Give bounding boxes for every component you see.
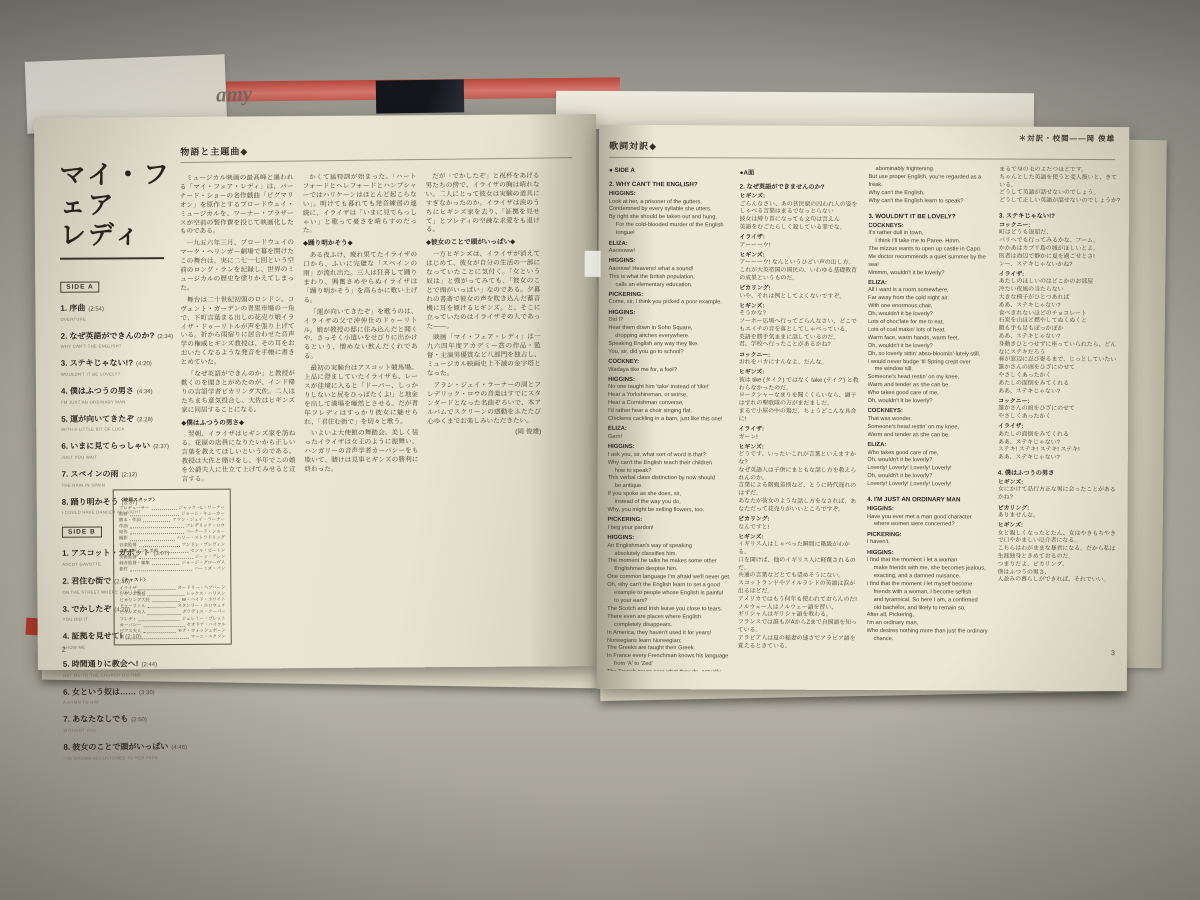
lyric-line: Aaooow! Heavens! what a sound!: [609, 266, 733, 274]
lyric-line: I ask you, sir, what sort of word is tha…: [608, 452, 732, 460]
lyric-line: イギリス人はしゃべった瞬間に階級がわかる。: [738, 542, 860, 558]
track-time: (2:34): [157, 334, 173, 340]
lyric-line: 彼は tike (タイク) ではなく take (テイク) と教わらなかったのだ…: [739, 377, 861, 393]
credit-leader: [126, 638, 188, 639]
track-title: 3. ステキじゃない!?: [61, 359, 133, 369]
credit-leader: [152, 564, 180, 565]
lyric-line: これが大英帝国の国民の、いわゆる基礎教育の成果というものだ。: [739, 268, 861, 284]
track-time: (3:30): [139, 690, 155, 696]
story-paragraph: 「運が向いてきたぞ」を歌うのは、イライザの父で沖仲仕のドゥーリトル。娘が教授の邸…: [303, 308, 417, 362]
booklet-page-left: 物語と主題曲◆ マイ・フェア レディ SIDE A 1. 序曲(2:54)OVE…: [34, 114, 600, 670]
jacket-photo-strip: [376, 79, 464, 113]
lyric-line: For the cold-blooded murder of the Engli…: [609, 222, 733, 238]
lyric-line: Oh, wouldn't it be loverly?: [868, 343, 992, 351]
story-paragraph: ミュージカル映画の最高峰と謳われる「マイ・フェア・レディ」は、バーナード・ショー…: [179, 174, 293, 237]
lyrics-column: ●A面2. なぜ英語ができませんのか?ヒギンズ:ごらんなさい、あの貧民窟の囚われ…: [738, 165, 862, 672]
album-title-line1: マイ・フェア: [59, 159, 177, 220]
lyric-line: ヨークシャーなまりを聞くくらいなら、調子はずれの聖歌隊の方がまだましだ。: [739, 393, 861, 409]
left-page-section-header: 物語と主題曲◆: [180, 144, 248, 157]
story-paragraph: ◆彼女のことで頭がいっぱい◆: [426, 239, 540, 249]
lyric-line: chance.: [866, 636, 990, 644]
side-a-badge: SIDE A: [60, 282, 100, 293]
track-item: 5. 運が向いてきたぞ(2:28)WITH A LITTLE BIT OF LU…: [61, 408, 179, 432]
lyric-line: Why can't the English teach their childr…: [608, 459, 732, 467]
track-item: 3. ステキじゃない!?(4:20)WOULDN'T IT BE LOVELY?: [61, 352, 179, 376]
lyric-line: スコットランドやアイルランドの英語は涙が出るほどだ。: [738, 581, 860, 597]
track-time: (2:44): [141, 662, 157, 668]
lyric-line: ああ、ステキじゃない?: [999, 302, 1121, 310]
lyric-line: There even are places where English: [607, 614, 731, 622]
photo-scene: amy 物語と主題曲◆ マイ・フェア レディ SIDE A 1. 序曲(2:54…: [0, 0, 1200, 900]
lyric-line: where women were concerned?: [867, 521, 991, 529]
story-paragraph: 映画「マイ・フェア・レディ」は一九六四年度アカデミー賞の作品・監督・主演男優賞な…: [427, 334, 541, 379]
track-subtitle-en: WOULDN'T IT BE LOVELY?: [61, 371, 179, 377]
story-paragraph: 一方ヒギンズは、イライザが消えてはじめて、彼女が自分の生活の一部になっていたこと…: [426, 251, 541, 332]
story-text-columns: ミュージカル映画の最高峰と謳われる「マイ・フェア・レディ」は、バーナード・ショー…: [179, 172, 542, 657]
track-title: 7. あなたなしでも: [63, 715, 128, 724]
lyric-line: The French never care what they do, actu…: [607, 669, 731, 671]
lyric-line: 英語をむごたらしく殺している罪でな。: [739, 224, 861, 232]
story-paragraph: ◆僕はふつうの男さ◆: [181, 419, 295, 429]
lyric-line: ああ、ステキじゃない?: [999, 334, 1121, 342]
lyric-line: calls an elementary education.: [609, 281, 733, 289]
credit-leader: [148, 607, 176, 608]
lyric-line: Why can't the English learn to speak?: [868, 198, 992, 206]
header-rule: [180, 157, 572, 163]
story-paragraph: (岡 俊雄): [427, 429, 541, 439]
lyric-line: ああ、ステキじゃない?: [998, 455, 1120, 463]
lyric-line: あなたが彼女のような話し方をなされば、あなただって花売りがいいところですぞ。: [738, 499, 860, 515]
track-item: 7. あなたなしでも(2:50)WITHOUT YOU: [63, 708, 181, 732]
sleeve-logo: amy: [216, 81, 253, 107]
side-marker: ●A面: [740, 167, 862, 177]
song-title: 2. WHY CAN'T THE ENGLISH?: [609, 181, 733, 189]
story-paragraph: アラン・ジェイ・ラーナーの詞とフレデリック・ロウの音楽はすでにスタンダードとなっ…: [427, 381, 541, 426]
lyric-line: ソーホー広場へ行ってごらんなさい、どこでもエイチの音を落としてしゃべっている。: [739, 319, 861, 335]
track-title: 1. 序曲: [60, 304, 85, 313]
credit-role: 振付: [119, 566, 128, 572]
story-paragraph: かくて猛特訓が始まった。「ハートフォードとヘレフォードとハンプシャーではハリケー…: [302, 173, 416, 236]
lyric-line: But use proper English, you're regarded …: [868, 174, 992, 190]
lyric-line: I beg your pardon!: [607, 525, 731, 533]
lyric-line: Wadaya tike me for, a fool?: [608, 367, 732, 375]
track-subtitle-en: GET ME TO THE CHURCH ON TIME: [63, 672, 181, 678]
tape-mark: [585, 251, 601, 277]
lyric-line: 人並みの暮らしができれば、それでいい。: [997, 577, 1119, 585]
lyric-line: Loverly! Loverly! Loverly! Loverly!: [867, 481, 991, 489]
lyric-line: That was wonder.: [867, 416, 991, 424]
track-time: (2:50): [131, 718, 147, 724]
track-item: 8. 彼女のことで頭がいっぱい(4:46)I'VE GROWN ACCUSTOM…: [63, 736, 181, 760]
album-title-line2: レディ: [60, 219, 178, 250]
track-title: 6. 女という奴は……: [63, 687, 136, 697]
story-paragraph: 一九五六年三月、ブロードウェイのマーク・ヘリンガー劇場で幕を開けたこの舞台は、実…: [180, 240, 294, 294]
track-time: (4:20): [136, 362, 152, 368]
lyric-line: ガーン!: [739, 434, 861, 442]
track-time: (2:37): [153, 444, 169, 450]
lyric-line: ちゃんとした英語を使うと変人扱いと、きている。: [999, 174, 1121, 190]
lyric-line: いや、それは例としてよくないですぞ。: [739, 293, 861, 301]
story-paragraph: 最初の実験台はアスコット競馬場。上品に澄ましていたイライザも、レースが佳境に入る…: [304, 364, 418, 427]
credit-leader: [151, 509, 176, 510]
track-title: 8. 踊り明かそう: [62, 497, 119, 506]
header-rule: [609, 157, 1115, 160]
lyric-line: In America, they haven't used it for yea…: [607, 630, 731, 638]
lyric-line: completely disappears.: [607, 622, 731, 630]
song-title: 4. 僕はふつうの男さ: [998, 470, 1120, 478]
lyric-line: フランスでは誰もがAからZまで自国語を知っている。: [738, 620, 860, 636]
track-title: 2. なぜ英語ができんのか?: [61, 331, 155, 341]
story-column: だが「でかしたぞ」と祝杯をあげる男たちの傍で、イライザの胸は晴れない。二人にとっ…: [425, 172, 542, 655]
track-subtitle-en: WITHOUT YOU: [63, 727, 181, 733]
track-subtitle-en: OVERTURE: [60, 315, 178, 321]
lyrics-column: abominably frightening.But use proper En…: [866, 166, 992, 673]
track-item: 2. なぜ英語ができんのか?(2:34)WHY CAN'T THE ENGLIS…: [61, 325, 179, 349]
story-paragraph: ◆踊り明かそう◆: [303, 240, 417, 250]
track-subtitle-en: I'M JUST AN ORDINARY MAN: [61, 399, 179, 405]
lyric-line: どうです、いったいこれが言葉といえますかな?: [738, 452, 860, 468]
page-number-right: 3: [1111, 650, 1115, 657]
lyric-line: Aaoooww!: [609, 248, 733, 256]
lyric-line: まるで身の毛のよだつほどです。: [999, 167, 1121, 175]
track-title: 8. 彼女のことで頭がいっぱい: [63, 742, 168, 752]
lyric-line: どうして正しい英語が話せないのでしょうか?: [999, 198, 1121, 206]
lyric-line: Why can't the English,: [868, 190, 992, 198]
track-title: 5. 時間通りに教会へ!: [63, 659, 139, 669]
track-subtitle-en: THE RAIN IN SPAIN: [62, 482, 180, 488]
lyric-line: アメリカではもう何年も使われておらんのだ!: [738, 596, 860, 604]
side-a-tracklist: 1. 序曲(2:54)OVERTURE2. なぜ英語ができんのか?(2:34)W…: [60, 297, 180, 515]
lyric-line: 言葉による階級差別など、とうに時代遅れのはずだ。: [738, 483, 860, 499]
track-title: 3. でかしたぞ: [62, 604, 111, 613]
lyric-line: friends with a woman, I become selfish: [867, 589, 991, 597]
lyric-line: 医者は海辺で静かに夏を過ごせとさ!: [999, 253, 1121, 261]
lyric-line: まるで小屋の中の鶏だ、ちょうどこんな具合に!: [739, 409, 861, 425]
lyrics-column: ● SIDE A2. WHY CAN'T THE ENGLISH?HIGGINS…: [607, 165, 733, 672]
track-title: 7. スペインの雨: [62, 470, 119, 479]
lyric-line: Oh, so loverly sittin' abso-bloomin'-lut…: [868, 351, 992, 359]
album-title: マイ・フェア レディ: [59, 159, 178, 250]
page-number-left: 2: [62, 647, 66, 654]
lyric-line: Me doctor recommends a quiet summer by t…: [868, 254, 992, 270]
track-subtitle-en: I'VE GROWN ACCUSTOMED TO HER FACE: [64, 755, 182, 761]
track-item: 5. 時間通りに教会へ!(2:44)GET ME TO THE CHURCH O…: [63, 653, 181, 677]
track-subtitle-en: A HYMN TO HIM: [63, 699, 181, 705]
credit-leader: [152, 601, 180, 602]
lyric-line: アーーーウ!: [739, 242, 861, 250]
lyric-line: Come, sir, I think you picked a poor exa…: [608, 299, 732, 307]
lyrics-columns: ● SIDE A2. WHY CAN'T THE ENGLISH?HIGGINS…: [607, 165, 1121, 673]
lyric-line: 口を開けば、他のイギリス人に軽蔑されるのだ。: [738, 557, 860, 573]
track-time: (2:54): [88, 306, 104, 312]
lyric-line: 君、学校へ行ったことがあるかね?: [739, 342, 861, 350]
track-time: (2:28): [137, 417, 153, 423]
track-title: 2. 君住む街で: [62, 576, 111, 585]
lyric-line: Garn!: [608, 434, 732, 442]
lyric-line: なぜ英語人は子供にまともな話し方を教えられんのか。: [738, 467, 860, 483]
story-paragraph: ある夜ふけ、疲れ果てたイライザの口から、ふいに完璧な「スペインの雨」が流れ出た。…: [303, 252, 417, 306]
side-b-badge: SIDE B: [62, 527, 102, 538]
right-page-section-header: 歌詞対訳◆: [609, 139, 657, 152]
side-marker: ● SIDE A: [609, 167, 733, 175]
track-time: (4:34): [137, 389, 153, 395]
booklet-page-right: 歌詞対訳◆ ＊対訳・校閲——岡 俊雄 ● SIDE A2. WHY CAN'T …: [597, 125, 1129, 691]
song-title: 2. なぜ英語ができませんのか?: [740, 183, 862, 191]
story-paragraph: だが「でかしたぞ」と祝杯をあげる男たちの傍で、イライザの胸は晴れない。二人にとっ…: [425, 172, 539, 235]
lyric-line: あたしの面倒をみてくれる: [998, 380, 1120, 388]
track-item: 6. いまに見てらっしゃい(2:37)JUST YOU WAIT: [61, 435, 179, 459]
track-item: 7. スペインの雨(2:12)THE RAIN IN SPAIN: [61, 463, 179, 487]
story-paragraph: 「なぜ英語ができんのか」と教授が歎くのを聞きとがめたのが、インド帰りの言語学者ピ…: [181, 370, 295, 415]
lyric-line: ンー、ステキじゃないかね?: [999, 261, 1121, 269]
credit-role: 歌: [120, 634, 124, 640]
track-time: (4:46): [171, 745, 187, 751]
lyric-line: つまりだよ、ピカリング、: [998, 561, 1120, 569]
story-paragraph: 舞台は二十世紀初頭のロンドン。コヴェント・ガーデンの青果市場の一角で、下町言葉ま…: [180, 296, 294, 368]
lyric-line: Mmmm, wouldn't it be loverly?: [868, 270, 992, 278]
lyric-line: 女と親しくなったとたん、女はやきもちやきで口やかましい厄介者になる。: [998, 530, 1120, 546]
track-subtitle-en: WITH A LITTLE BIT OF LUCK: [61, 426, 179, 432]
credit-leader: [143, 521, 170, 522]
lyric-line: ありませんな。: [998, 513, 1120, 521]
lyric-line: ああ、ステキじゃない?: [998, 388, 1120, 396]
lyric-line: Warm face, warm hands, warm feet,: [868, 335, 992, 343]
lyrics-column: まるで身の毛のよだつほどです。ちゃんとした英語を使うと変人扱いと、きている。どう…: [997, 167, 1121, 674]
story-paragraph: 翌朝、イライザはヒギンズ家を訪ねる。花屋の店員になりたいから正しい言葉を教えてほ…: [181, 431, 295, 485]
song-title: 3. WOULDN'T IT BE LOVELY?: [868, 213, 992, 221]
story-paragraph: いよいよ大使館の舞踏会。美しく装ったイライザは女王のように振舞い、ハンガリーの音…: [304, 430, 418, 475]
song-title: 3. ステキじゃない!?: [999, 213, 1121, 221]
track-item: 1. 序曲(2:54)OVERTURE: [60, 297, 178, 321]
lyric-line: なんですと!: [738, 524, 860, 532]
translator-credit: ＊対訳・校閲——岡 俊雄: [1019, 133, 1116, 144]
track-title: 6. いまに見てらっしゃい: [61, 442, 150, 452]
lyric-line: Oh, wouldn't it be loverly?: [868, 398, 992, 406]
lyric-line: You, sir, did you go to school?: [608, 349, 732, 357]
story-column: ミュージカル映画の最高峰と謳われる「マイ・フェア・レディ」は、バーナード・ショー…: [179, 174, 296, 657]
lyric-line: exacting, and a damned nuisance.: [867, 573, 991, 581]
track-subtitle-en: WHY CAN'T THE ENGLISH?: [61, 343, 179, 349]
lyric-line: 身動きひとつせずに座っていられたら、どんなにステキだろう: [998, 341, 1120, 357]
lyric-line: 女にかけて品行方正な男に会ったことがあるかね?: [998, 487, 1120, 503]
lyric-line: アラビア人は夏の稲妻の速さでアラビア語を覚えるときている。: [738, 635, 860, 651]
story-column: かくて猛特訓が始まった。「ハートフォードとヘレフォードとハンプシャーではハリケー…: [302, 173, 419, 656]
song-title: 4. I'M JUST AN ORDINARY MAN: [867, 496, 991, 504]
lyric-line: やさしくあったかく: [998, 414, 1120, 422]
track-item: 4. 僕はふつうの男さ(4:34)I'M JUST AN ORDINARY MA…: [61, 380, 179, 404]
lyric-line: I haven't.: [867, 539, 991, 547]
lyric-line: I find that the moment I let myself beco…: [867, 581, 991, 589]
track-subtitle-en: JUST YOU WAIT: [61, 454, 179, 460]
lyric-line: and tyrannical. So here I am, a confirme…: [867, 597, 991, 605]
lyric-line: Chickens cackling in a barn, just like t…: [608, 416, 732, 424]
lyric-line: The mizzus wants to open up castle in Ca…: [868, 246, 992, 254]
lyric-line: あたしの面倒をみてくれる: [998, 431, 1120, 439]
lyric-line: This is what the British population,: [609, 274, 733, 282]
lyric-line: An Englishman's way of speaking: [607, 543, 731, 551]
lyric-line: Why, you might be selling flowers, too.: [608, 507, 732, 515]
left-sidebar: マイ・フェア レディ SIDE A 1. 序曲(2:54)OVERTURE2. …: [59, 159, 181, 765]
track-title: 5. 運が向いてきたぞ: [61, 414, 134, 424]
lyric-line: こちらはわがままな暴君になる。だから私は生涯独身ときめておるのだ。: [998, 546, 1120, 562]
lyric-line: おれをバカにすんなよ、だんな。: [739, 360, 861, 368]
track-time: (2:12): [121, 472, 137, 478]
track-title: 4. 僕はふつうの男さ: [61, 386, 134, 396]
lyric-line: Warm and tender as she can be.: [867, 432, 991, 440]
lyric-line: Someone's head restin' on my knee,: [867, 424, 991, 432]
track-item: 6. 女という奴は……(3:30)A HYMN TO HIM: [63, 681, 181, 705]
title-rule: [60, 257, 164, 260]
lyric-line: 大きな椅子がひとつあれば: [999, 295, 1121, 303]
